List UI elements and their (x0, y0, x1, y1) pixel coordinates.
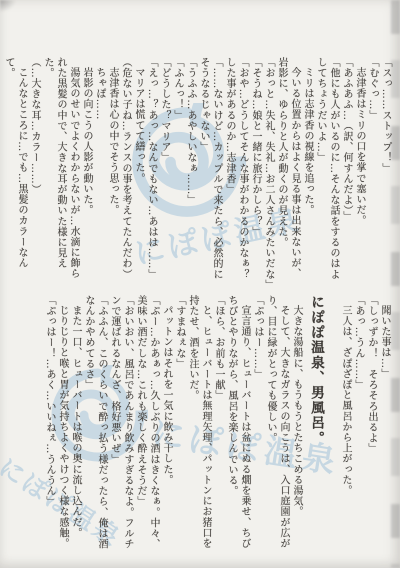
text-line: 「すまねぇな」 (173, 295, 186, 556)
text-line: （危ない子ね…ランスの事を考えてたんだわ） (119, 57, 132, 288)
text-line: 「あふあふ…（訳、何すんだよ）」 (340, 57, 353, 288)
text-line: 今いる位置からはよく見る事は出来ないが、岩影に、ゆらりと人が動くのが見えた。 (275, 57, 301, 288)
text-line: 「うふふ…あやしいなぁ……」 (184, 57, 197, 288)
text-line: 「ぷっはー……」 (251, 295, 264, 556)
text-line: 「おいおい、風呂であんまり飲みすぎるなよ。フルチンで運ばれるなんざ、格好悪いぜ」 (108, 295, 134, 556)
text-line: 聞いた事は…」 (378, 295, 391, 556)
text-block-scene2: 聞いた事は…」「しっずか！ そろそろ出るよ」「あっ…うん……」三人は、ざぽざぽと… (43, 295, 391, 556)
text-line: 「あっ…うん……」 (352, 295, 365, 556)
text-line: 「……ないけど…カップルで来たら、必然的にそうなるじゃない」 (197, 57, 223, 288)
text-line: 「おっと…失礼、失礼…お二人さんみたいだな」 (262, 57, 275, 288)
scanned-page: にぽぽ温泉 にぽぽ温泉 にぽぽ温泉 「スっ……ストップ！」「むぐっ…」志津香はミ… (0, 0, 400, 568)
text-line: 志津香は心の中でそう思った。 (106, 57, 119, 288)
text-line: 「ほら、お前も一献」 (212, 295, 225, 556)
text-line: 「どうした？マリア」 (158, 57, 171, 288)
text-line: 「そうね…娘と一緒に旅行かしら？」 (249, 57, 262, 288)
text-line: じりじりと喉と胃が気持ちよくやけつく様な感触。 (56, 295, 69, 556)
text-line: そして、大きなガラスの向こうは、入口庭園が広がり、目に緑がとっても優しい。 (264, 295, 290, 556)
text-line: 「ふふん、このくらいで酔っ払う様だったら、俺は酒なんかやめてるさ」 (82, 295, 108, 556)
text-line: 宣言通り、ヒューバートは盆にぬる燗を乗せ、ちびちびとやりながら、風呂を楽しんでい… (225, 295, 251, 556)
text-line: こんなところに…でも…黒髪のカラーなんて。 (2, 57, 28, 288)
scan-corner-shadow (0, 0, 16, 12)
text-line: 志津香はミリの口を掌で塞いだ。 (353, 57, 366, 288)
text-line: ミリは志津香の視線を追った。 (301, 57, 314, 288)
text-line: ちゃぽ…… (93, 57, 106, 288)
text-line: 湯気のせいでよくわからないが…水滴に飾られた黒髪の中で、大きな耳が動いた様に見え… (41, 57, 80, 288)
text-line: 「ぷっはー！…あく…いいねぇ…うんうん」 (43, 295, 56, 556)
text-line: と、ヒューバートは無理矢理、パットンにお猪口を持たせ、酒を注いだ。 (186, 295, 212, 556)
text-line: マリアは慌てて繕った。 (132, 57, 145, 288)
text-line: 「ぷー…かあぁっ…久しぶりの酒はきくなぁ。中々、美味い酒だしな…これも楽しく酔え… (134, 295, 160, 556)
text-line: 大きな湯船に、もうもうとたちこめる湯気。 (290, 295, 303, 556)
text-line: 「ふんっ！」 (171, 57, 184, 288)
text-line: 三人は、ざぽざぽと風呂から上がった。 (339, 295, 352, 556)
text-line: パットンはそれを一気に飲み干した。 (160, 295, 173, 556)
text-line: 「えっ…？あっ…なんでもない…あはは……」 (145, 57, 158, 288)
text-block-scene1: 「スっ……ストップ！」「むぐっ…」志津香はミリの口を掌で塞いだ。「あふあふ…（訳… (2, 57, 392, 288)
section-header: にぽぽ温泉、男風呂。 (308, 295, 325, 556)
text-line: 「おや…どうしてそんな事がわかるのかなぁ？した事があるのか…志津香」 (223, 57, 249, 288)
text-line: 岩影の向こうの人影が動いた。 (80, 57, 93, 288)
text-line: また一口、ヒューバートは喉の奥に流し込んだ。 (69, 295, 82, 556)
text-line: 「しっずか！ そろそろ出るよ」 (365, 295, 378, 556)
text-line: 「他にも人がいるのに…そんな話をするのはよしてちょうだいよ…」 (314, 57, 340, 288)
text-line: （…大きな耳…カラー……） (28, 57, 41, 288)
scan-edge-shadow (391, 0, 400, 568)
text-line: 「むぐっ…」 (366, 57, 379, 288)
